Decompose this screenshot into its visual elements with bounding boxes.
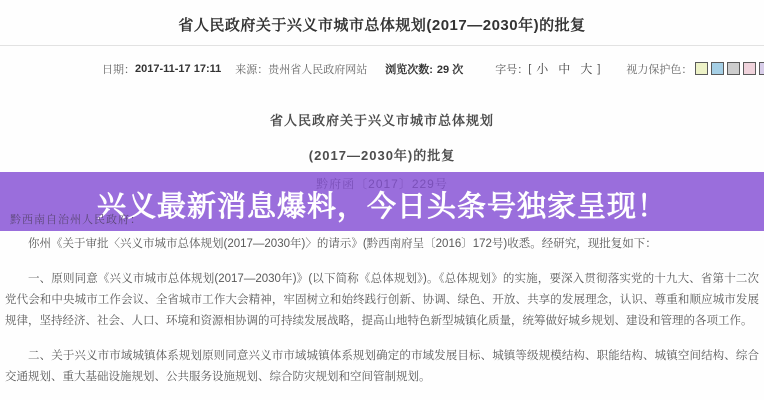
promo-overlay-banner[interactable]: 黔府函〔2017〕229号 兴义最新消息爆料，今日头条号独家呈现！ 黔西南自治州… — [0, 172, 764, 231]
eye-color-swatch-yellow[interactable] — [695, 62, 708, 75]
date-label: 日期： — [102, 61, 135, 77]
paragraph-item-1: 一、原则同意《兴义市城市总体规划(2017—2030年)》(以下简称《总体规划》… — [5, 269, 759, 332]
meta-bar: 日期： 2017-11-17 17:11 来源： 贵州省人民政府网站 浏览次数:… — [0, 60, 764, 77]
document-body: 你州《关于审批〈兴义市城市总体规划(2017—2030年)〉的请示》(黔西南府呈… — [0, 234, 764, 400]
font-size-label: 字号： — [495, 61, 528, 77]
document-title-line2: (2017—2030年)的批复 — [0, 145, 764, 164]
font-size-small-button[interactable]: 小 — [536, 60, 548, 77]
font-size-control: 字号： [ 小 中 大 ] — [495, 60, 600, 77]
font-size-medium-button[interactable]: 中 — [558, 60, 570, 77]
meta-source: 来源： 贵州省人民政府网站 — [235, 61, 367, 77]
eye-color-swatches — [695, 62, 764, 75]
date-value: 2017-11-17 17:11 — [135, 63, 221, 75]
page-title: 省人民政府关于兴义市城市总体规划(2017—2030年)的批复 — [0, 0, 764, 35]
views-label: 浏览次数: — [385, 61, 433, 77]
paragraph-intro: 你州《关于审批〈兴义市城市总体规划(2017—2030年)〉的请示》(黔西南府呈… — [5, 234, 759, 255]
eye-protect-control: 视力保护色： — [626, 61, 764, 77]
font-size-bracket-open: [ — [528, 63, 531, 75]
eye-color-swatch-purple[interactable] — [759, 62, 764, 75]
meta-date: 日期： 2017-11-17 17:11 — [102, 61, 221, 77]
eye-color-swatch-pink[interactable] — [743, 62, 756, 75]
paragraph-item-2: 二、关于兴义市市域城镇体系规划原则同意兴义市市域城镇体系规划确定的市域发展目标、… — [5, 346, 759, 388]
source-label: 来源： — [235, 61, 268, 77]
eye-protect-label: 视力保护色： — [626, 61, 692, 77]
article-page: 省人民政府关于兴义市城市总体规划(2017—2030年)的批复 日期： 2017… — [0, 0, 764, 400]
eye-color-swatch-blue[interactable] — [711, 62, 724, 75]
meta-views: 浏览次数: 29 次 — [385, 61, 463, 77]
document-title-line1: 省人民政府关于兴义市城市总体规划 — [0, 110, 764, 129]
header-divider — [0, 45, 764, 46]
font-size-bracket-close: ] — [597, 63, 600, 75]
views-value: 29 次 — [437, 61, 463, 77]
salutation-showthrough: 黔西南自治州人民政府： — [10, 211, 142, 227]
font-size-large-button[interactable]: 大 — [580, 60, 592, 77]
eye-color-swatch-gray[interactable] — [727, 62, 740, 75]
source-value: 贵州省人民政府网站 — [268, 61, 367, 77]
